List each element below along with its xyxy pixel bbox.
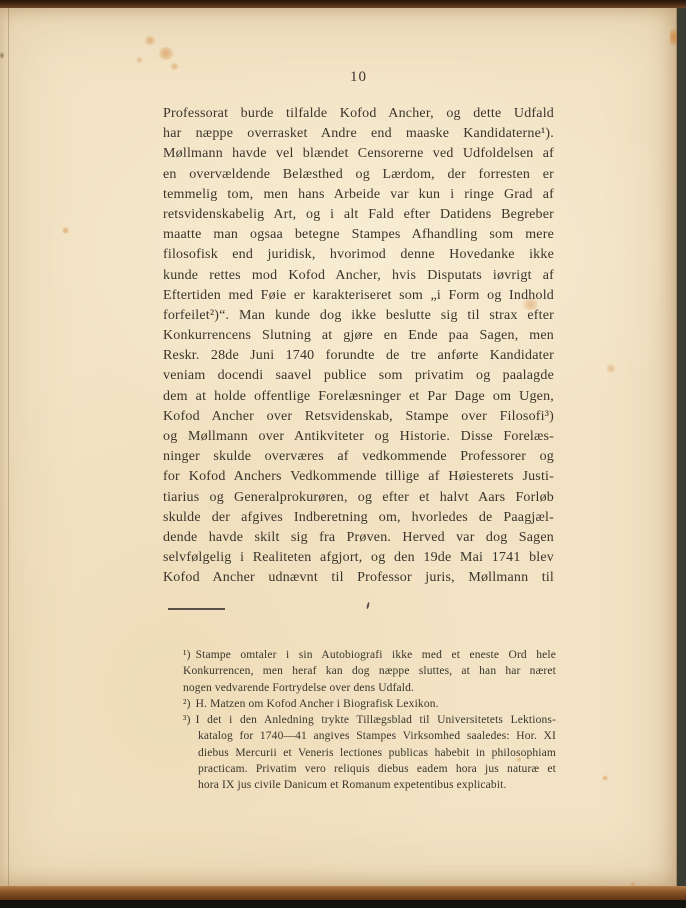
foxing-spot	[62, 227, 69, 234]
footnote-marker: ²)	[183, 698, 191, 710]
book-page-edges-strip	[677, 8, 686, 890]
book-cover-top-edge	[0, 0, 686, 8]
text-line: filosofisk end juridisk, hvorimod denne …	[163, 245, 554, 265]
text-line: retsvidenskabelig Art, og i alt Fald eft…	[163, 205, 554, 225]
text-line: forfeilet²)“. Man kunde dog ikke beslutt…	[163, 306, 554, 326]
body-text: Professorat burde tilfalde Kofod Ancher,…	[163, 104, 554, 589]
text-line: Professorat burde tilfalde Kofod Ancher,…	[163, 104, 554, 124]
book-page: 10 Professorat burde tilfalde Kofod Anch…	[0, 8, 677, 886]
footnote-separator	[168, 608, 225, 610]
text-line: for Kofod Anchers Vedkommende tillige af…	[163, 467, 554, 487]
page-crease	[8, 8, 9, 886]
text-line: dem at holde offentlige Forelæsninger et…	[163, 387, 554, 407]
text-line: tiarius og Generalprokurøren, og efter e…	[163, 488, 554, 508]
dark-speck	[0, 51, 4, 60]
text-line: skulde der afgives Indberetning om, hvor…	[163, 508, 554, 528]
footnote-line: nogen vedvarende Fortrydelse over dens U…	[183, 680, 556, 696]
text-line: veniam docendi saavel publice som privat…	[163, 366, 554, 386]
text-line: har næppe overrasket Andre end maaske Ka…	[163, 124, 554, 144]
text-line: Kofod Ancher udnævnt til Professor juris…	[163, 568, 554, 588]
footnote-line: Konkurrencen, men heraf kan dog næppe sl…	[183, 663, 556, 679]
footnote-marker: ³)	[183, 714, 191, 726]
text-line: Reskr. 28de Juni 1740 forundte de tre an…	[163, 346, 554, 366]
text-line: selvfølgelig i Realiteten afgjort, og de…	[163, 548, 554, 568]
text-line: Konkurrencens Slutning at gjøre en Ende …	[163, 326, 554, 346]
footnote-line: diebus Mercurii et Veneris lectiones pub…	[183, 745, 556, 761]
page-number: 10	[163, 69, 554, 86]
footnote-marker: ¹)	[183, 649, 191, 661]
footnote-line: ³)I det i den Anledning trykte Tillægsbl…	[183, 712, 556, 728]
text-line: og Møllmann over Antikviteter og Histori…	[163, 427, 554, 447]
text-line: en overvældende Belæsthed og Lærdom, der…	[163, 165, 554, 185]
footnote-line: ¹)Stampe omtaler i sin Autobiografi ikke…	[183, 647, 556, 663]
footnote-line: ²)H. Matzen om Kofod Ancher i Biografisk…	[183, 696, 556, 712]
text-line: temmelig tom, men hans Arbeide var kun i…	[163, 185, 554, 205]
foxing-spot	[158, 47, 174, 60]
foxing-spot	[521, 299, 540, 310]
text-line: dende havde skilt sig fra Prøven. Herved…	[163, 528, 554, 548]
book-cover-bottom-edge	[0, 886, 686, 900]
foxing-spot	[516, 757, 522, 762]
footnote-line: katalog for 1740—41 angives Stampes Virk…	[183, 728, 556, 744]
foxing-spot	[602, 775, 608, 781]
text-line: Kofod Ancher over Retsvidenskab, Stampe …	[163, 407, 554, 427]
footnote-line: hora IX jus civile Danicum et Romanum ex…	[183, 777, 556, 793]
text-line: ninger skulde overværes af vedkommende P…	[163, 447, 554, 467]
scanned-book-page: 10 Professorat burde tilfalde Kofod Anch…	[0, 0, 686, 908]
footnotes: ¹)Stampe omtaler i sin Autobiografi ikke…	[183, 647, 556, 794]
footnote-line: practicam. Privatim vero reliquis diebus…	[183, 761, 556, 777]
text-line: Eftertiden med Føie er karakteriseret so…	[163, 286, 554, 306]
text-line: maatte man ogsaa betegne Stampes Afhandl…	[163, 225, 554, 245]
ink-speck	[366, 602, 370, 609]
text-line: kunde rettes mod Kofod Ancher, hvis Disp…	[163, 266, 554, 286]
foxing-spot	[606, 364, 616, 373]
foxing-spot	[170, 63, 179, 70]
foxing-spot	[136, 57, 143, 63]
foxing-spot	[144, 36, 156, 45]
text-line: Møllmann havde vel blændet Censorerne ve…	[163, 144, 554, 164]
background-edge	[0, 900, 686, 908]
